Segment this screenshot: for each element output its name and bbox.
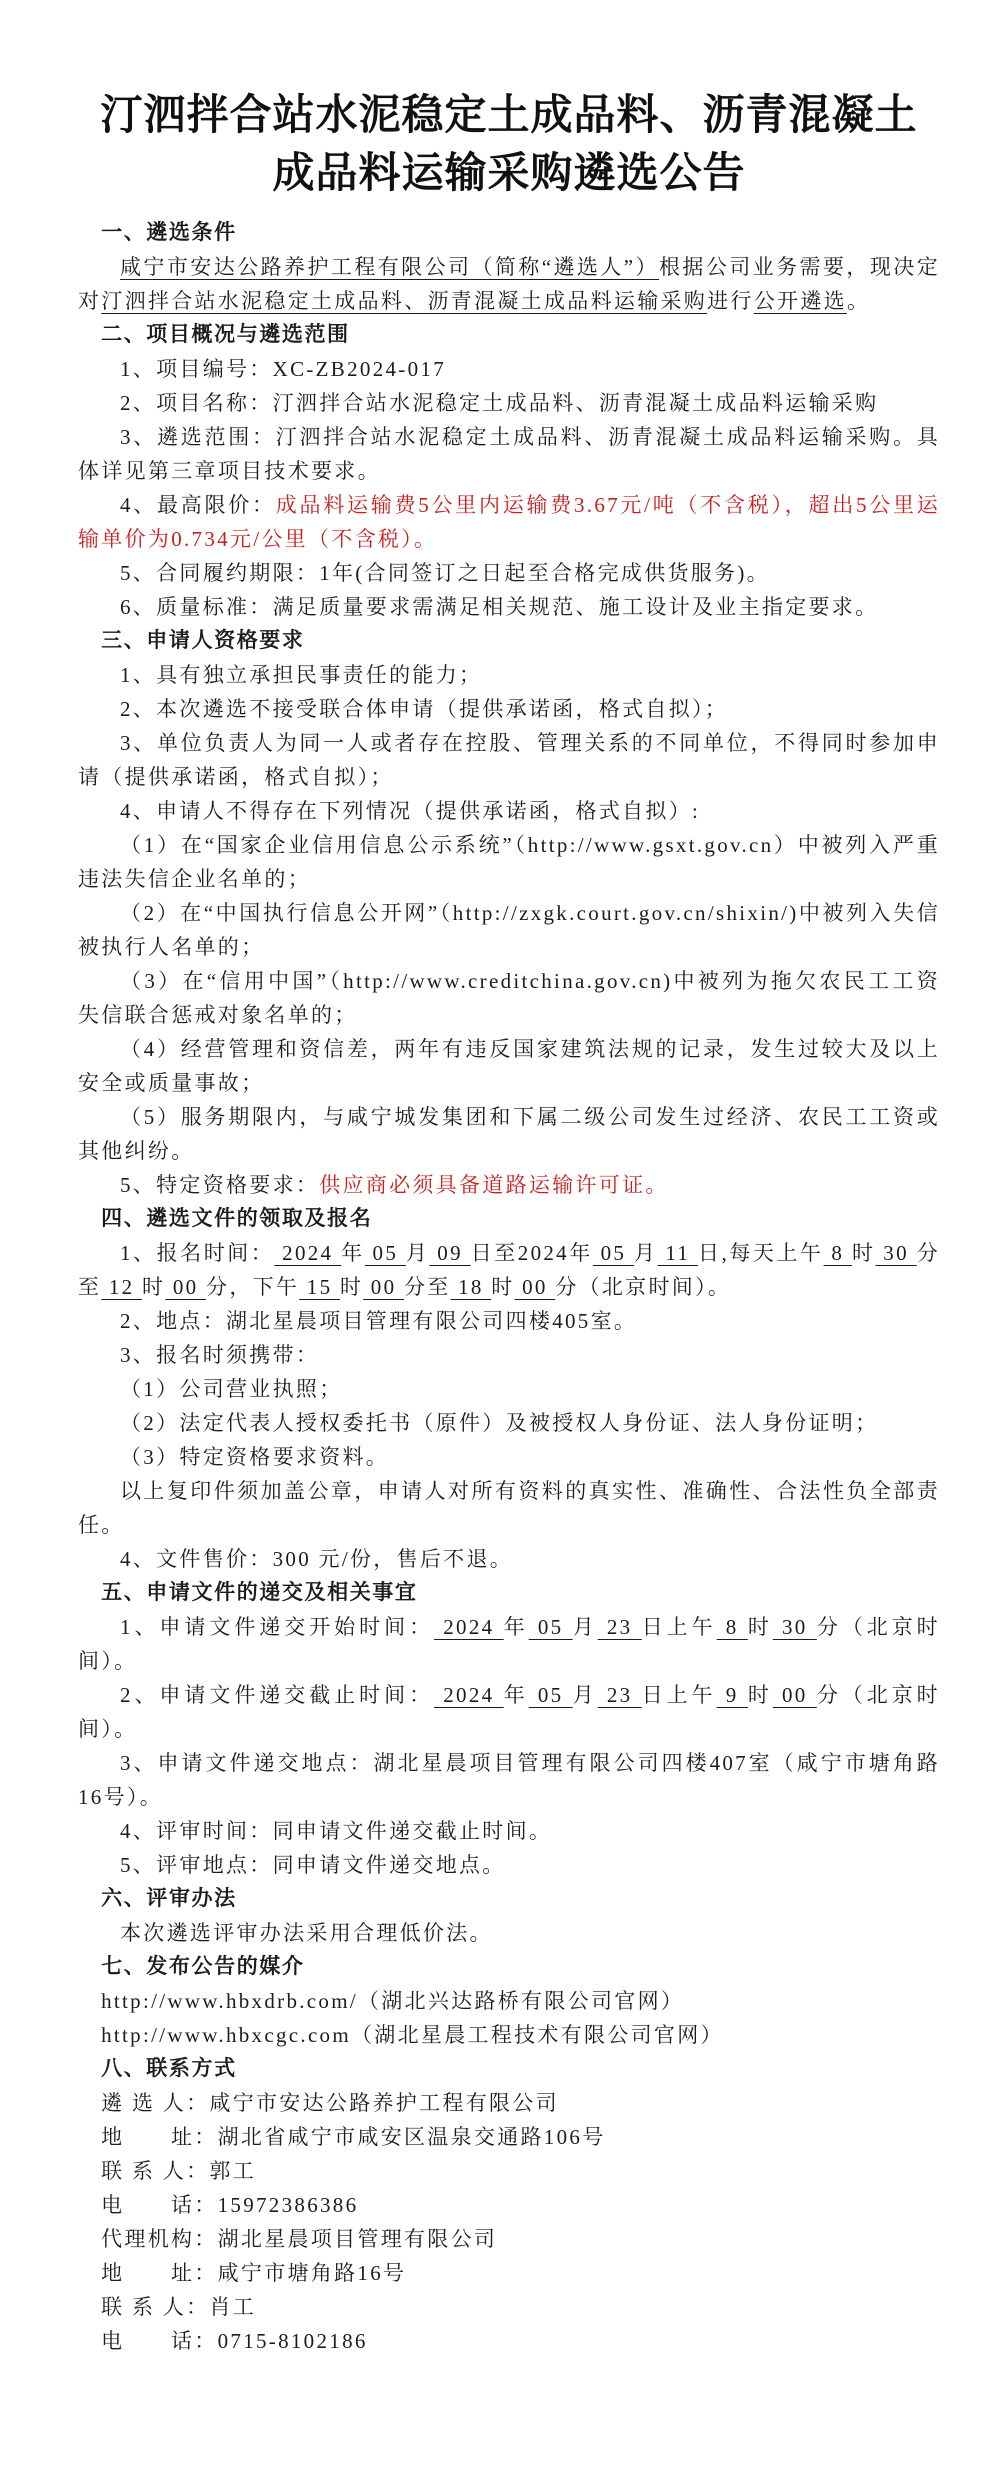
paragraph: （3）在“信用中国”（http://www.creditchina.gov.cn… — [78, 964, 940, 1032]
text-run: http://www.hbxdrb.com/（湖北兴达路桥有限公司官网） — [101, 1989, 684, 2013]
contact-line: 联 系 人：郭工 — [78, 2154, 940, 2188]
text-run: 年 — [504, 1615, 529, 1639]
text-run: （1）公司营业执照； — [120, 1377, 343, 1401]
text-run: 遴 选 人：咸宁市安达公路养护工程有限公司 — [101, 2091, 559, 2115]
underlined-text: 05 — [529, 1615, 573, 1639]
text-run: （2）法定代表人授权委托书（原件）及被授权人身份证、法人身份证明； — [120, 1411, 878, 1435]
text-run: 七、发布公告的媒介 — [101, 1955, 304, 1978]
text-run: http://www.hbxcgc.com（湖北星晨工程技术有限公司官网） — [101, 2023, 724, 2047]
text-run: 日,每天上午 — [698, 1241, 824, 1265]
paragraph: （2）法定代表人授权委托书（原件）及被授权人身份证、法人身份证明； — [78, 1406, 940, 1440]
paragraph: 2、本次遴选不接受联合体申请（提供承诺函，格式自拟）； — [78, 692, 940, 726]
text-run: 4、评审时间：同申请文件递交截止时间。 — [120, 1819, 552, 1843]
text-run: 时 — [748, 1683, 773, 1707]
underlined-text: 30 — [773, 1615, 817, 1639]
underlined-text: 18 — [451, 1275, 492, 1299]
text-run: 4、文件售价：300 元/份，售后不退。 — [120, 1547, 513, 1571]
text-run: 时 — [340, 1275, 363, 1299]
underlined-text: 09 — [429, 1241, 470, 1265]
underlined-text: 15 — [299, 1275, 340, 1299]
paragraph: 5、合同履约期限：1年(合同签订之日起至合格完成供货服务)。 — [78, 556, 940, 590]
text-run: 日至2024年 — [471, 1241, 593, 1265]
text-run: 时 — [491, 1275, 514, 1299]
text-run: （3）在“信用中国”（http://www.creditchina.gov.cn… — [78, 969, 940, 1027]
text-run: 年 — [504, 1683, 529, 1707]
underlined-text: 05 — [529, 1683, 573, 1707]
paragraph: 3、遴选范围：汀泗拌合站水泥稳定土成品料、沥青混凝土成品料运输采购。具体详见第三… — [78, 420, 940, 488]
text-run: 三、申请人资格要求 — [101, 629, 304, 652]
text-run: 年 — [341, 1241, 365, 1265]
text-run: 3、申请文件递交地点：湖北星晨项目管理有限公司四楼407室（咸宁市塘角路16号）… — [78, 1751, 940, 1809]
paragraph: 5、特定资格要求：供应商必须具备道路运输许可证。 — [78, 1168, 940, 1202]
text-run: 四、遴选文件的领取及报名 — [101, 1207, 372, 1230]
section-heading: 四、遴选文件的领取及报名 — [78, 1202, 940, 1236]
underlined-text: 8 — [824, 1241, 852, 1265]
paragraph: （5）服务期限内，与咸宁城发集团和下属二级公司发生过经济、农民工工资或其他纠纷。 — [78, 1100, 940, 1168]
paragraph: （2）在“中国执行信息公开网”（http://zxgk.court.gov.cn… — [78, 896, 940, 964]
underlined-text: 05 — [365, 1241, 406, 1265]
text-run: 4、最高限价： — [120, 493, 276, 517]
text-run: 2、地点：湖北星晨项目管理有限公司四楼405室。 — [120, 1309, 637, 1333]
underlined-text: 2024 — [434, 1683, 504, 1707]
text-run: 6、质量标准：满足质量要求需满足相关规范、施工设计及业主指定要求。 — [120, 595, 878, 619]
text-run: 月 — [573, 1615, 598, 1639]
section-heading: 八、联系方式 — [78, 2052, 940, 2086]
text-run: 一、遴选条件 — [101, 221, 237, 244]
paragraph: 5、评审地点：同申请文件递交地点。 — [78, 1848, 940, 1882]
contact-line: 代理机构：湖北星晨项目管理有限公司 — [78, 2222, 940, 2256]
underlined-text: 00 — [515, 1275, 556, 1299]
text-run: 4、申请人不得存在下列情况（提供承诺函，格式自拟）: — [120, 799, 700, 823]
section-heading: 二、项目概况与遴选范围 — [78, 318, 940, 352]
text-run: 3、单位负责人为同一人或者存在控股、管理关系的不同单位，不得同时参加申请（提供承… — [78, 731, 940, 789]
paragraph: 3、单位负责人为同一人或者存在控股、管理关系的不同单位，不得同时参加申请（提供承… — [78, 726, 940, 794]
section-heading: 七、发布公告的媒介 — [78, 1950, 940, 1984]
section-heading: 三、申请人资格要求 — [78, 624, 940, 658]
underlined-text: 公开遴选 — [754, 289, 847, 313]
text-run: 3、遴选范围：汀泗拌合站水泥稳定土成品料、沥青混凝土成品料运输采购。具体详见第三… — [78, 425, 940, 483]
underlined-text: 8 — [717, 1615, 748, 1639]
text-run: （1）在“国家企业信用信息公示系统”（http://www.gsxt.gov.c… — [78, 833, 940, 891]
text-run: 二、项目概况与遴选范围 — [101, 323, 350, 346]
underlined-text: 05 — [593, 1241, 634, 1265]
underlined-text: 00 — [773, 1683, 817, 1707]
text-run: 地 址：湖北省咸宁市咸安区温泉交通路106号 — [101, 2125, 605, 2149]
text-run: 5、评审地点：同申请文件递交地点。 — [120, 1853, 506, 1877]
text-run: 1、项目编号：XC-ZB2024-017 — [120, 357, 446, 381]
document-body: 一、遴选条件咸宁市安达公路养护工程有限公司（简称“遴选人”）根据公司业务需要，现… — [78, 216, 940, 2358]
text-run: 电 话：15972386386 — [101, 2193, 358, 2217]
underlined-text: 00 — [165, 1275, 206, 1299]
text-run: 联 系 人：肖工 — [101, 2295, 256, 2319]
underlined-text: 11 — [658, 1241, 698, 1265]
underlined-text: 12 — [101, 1275, 142, 1299]
paragraph: 4、评审时间：同申请文件递交截止时间。 — [78, 1814, 940, 1848]
text-run: 六、评审办法 — [101, 1887, 237, 1910]
contact-line: 地 址：咸宁市塘角路16号 — [78, 2256, 940, 2290]
text-run: 3、报名时须携带： — [120, 1343, 319, 1367]
text-run: 5、特定资格要求： — [120, 1173, 319, 1197]
text-run: 进行 — [707, 289, 754, 313]
text-run: 分至 — [404, 1275, 451, 1299]
text-run: 以上复印件须加盖公章，申请人对所有资料的真实性、准确性、合法性负全部责任。 — [78, 1479, 940, 1537]
text-run: 2、申请文件递交截止时间： — [120, 1683, 434, 1707]
text-run: 月 — [406, 1241, 430, 1265]
paragraph: 4、申请人不得存在下列情况（提供承诺函，格式自拟）: — [78, 794, 940, 828]
contact-line: 电 话：15972386386 — [78, 2188, 940, 2222]
paragraph: 1、报名时间： 2024 年 05 月 09 日至2024年 05 月 11 日… — [78, 1236, 940, 1304]
text-run: （2）在“中国执行信息公开网”（http://zxgk.court.gov.cn… — [78, 901, 940, 959]
paragraph: （1）在“国家企业信用信息公示系统”（http://www.gsxt.gov.c… — [78, 828, 940, 896]
media-url: http://www.hbxdrb.com/（湖北兴达路桥有限公司官网） — [78, 1984, 940, 2018]
section-heading: 五、申请文件的递交及相关事宜 — [78, 1576, 940, 1610]
paragraph: 1、申请文件递交开始时间： 2024 年 05 月 23 日上午 8 时 30 … — [78, 1610, 940, 1678]
section-heading: 六、评审办法 — [78, 1882, 940, 1916]
underlined-text: 2024 — [434, 1615, 504, 1639]
text-run: 2、项目名称：汀泗拌合站水泥稳定土成品料、沥青混凝土成品料运输采购 — [120, 391, 878, 415]
paragraph: （4）经营管理和资信差，两年有违反国家建筑法规的记录，发生过较大及以上安全或质量… — [78, 1032, 940, 1100]
underlined-text: 00 — [363, 1275, 404, 1299]
text-run: （5）服务期限内，与咸宁城发集团和下属二级公司发生过经济、农民工工资或其他纠纷。 — [78, 1105, 940, 1163]
contact-line: 电 话：0715-8102186 — [78, 2324, 940, 2358]
text-run: 五、申请文件的递交及相关事宜 — [101, 1581, 417, 1604]
paragraph: 1、具有独立承担民事责任的能力； — [78, 658, 940, 692]
paragraph: 4、文件售价：300 元/份，售后不退。 — [78, 1542, 940, 1576]
text-run: 分（北京时间）。 — [555, 1275, 731, 1299]
underlined-text: 23 — [598, 1683, 642, 1707]
paragraph: 本次遴选评审办法采用合理低价法。 — [78, 1916, 940, 1950]
paragraph: 2、项目名称：汀泗拌合站水泥稳定土成品料、沥青混凝土成品料运输采购 — [78, 386, 940, 420]
text-run: 1、报名时间： — [120, 1241, 274, 1265]
paragraph: （1）公司营业执照； — [78, 1372, 940, 1406]
text-run: 时 — [142, 1275, 165, 1299]
text-run: 时 — [852, 1241, 876, 1265]
contact-line: 遴 选 人：咸宁市安达公路养护工程有限公司 — [78, 2086, 940, 2120]
paragraph: 1、项目编号：XC-ZB2024-017 — [78, 352, 940, 386]
text-run: 月 — [634, 1241, 658, 1265]
paragraph: 咸宁市安达公路养护工程有限公司（简称“遴选人”）根据公司业务需要，现决定对汀泗拌… — [78, 250, 940, 318]
text-run: 地 址：咸宁市塘角路16号 — [101, 2261, 406, 2285]
contact-line: 地 址：湖北省咸宁市咸安区温泉交通路106号 — [78, 2120, 940, 2154]
text-run: 日上午 — [642, 1615, 717, 1639]
underlined-text: 咸宁市安达公路养护工程有限公司（简称“遴选人”） — [120, 255, 659, 279]
text-run: 。 — [847, 289, 870, 313]
document-page: 汀泗拌合站水泥稳定土成品料、沥青混凝土成品料运输采购遴选公告 一、遴选条件咸宁市… — [0, 0, 1000, 2466]
paragraph: 4、最高限价：成品料运输费5公里内运输费3.67元/吨（不含税），超出5公里运输… — [78, 488, 940, 556]
text-run: 2、本次遴选不接受联合体申请（提供承诺函，格式自拟）； — [120, 697, 728, 721]
paragraph: 3、申请文件递交地点：湖北星晨项目管理有限公司四楼407室（咸宁市塘角路16号）… — [78, 1746, 940, 1814]
paragraph: 2、地点：湖北星晨项目管理有限公司四楼405室。 — [78, 1304, 940, 1338]
underlined-text: 30 — [876, 1241, 917, 1265]
text-run: 代理机构：湖北星晨项目管理有限公司 — [101, 2227, 497, 2251]
document-title: 汀泗拌合站水泥稳定土成品料、沥青混凝土成品料运输采购遴选公告 — [89, 86, 929, 202]
text-run: 联 系 人：郭工 — [101, 2159, 256, 2183]
text-run: 日上午 — [642, 1683, 717, 1707]
text-run: 5、合同履约期限：1年(合同签订之日起至合格完成供货服务)。 — [120, 561, 770, 585]
text-run: 1、具有独立承担民事责任的能力； — [120, 663, 482, 687]
text-run: （4）经营管理和资信差，两年有违反国家建筑法规的记录，发生过较大及以上安全或质量… — [78, 1037, 940, 1095]
paragraph: 以上复印件须加盖公章，申请人对所有资料的真实性、准确性、合法性负全部责任。 — [78, 1474, 940, 1542]
section-heading: 一、遴选条件 — [78, 216, 940, 250]
text-run: 分，下午 — [206, 1275, 299, 1299]
underlined-text: 汀泗拌合站水泥稳定土成品料、沥青混凝土成品料运输采购 — [101, 289, 707, 313]
text-run: 1、申请文件递交开始时间： — [120, 1615, 434, 1639]
text-run: 八、联系方式 — [101, 2057, 237, 2080]
underlined-text: 23 — [598, 1615, 642, 1639]
text-run: 本次遴选评审办法采用合理低价法。 — [120, 1921, 493, 1945]
underlined-text: 9 — [717, 1683, 748, 1707]
paragraph: 3、报名时须携带： — [78, 1338, 940, 1372]
paragraph: （3）特定资格要求资料。 — [78, 1440, 940, 1474]
text-run: 时 — [748, 1615, 773, 1639]
media-url: http://www.hbxcgc.com（湖北星晨工程技术有限公司官网） — [78, 2018, 940, 2052]
paragraph: 2、申请文件递交截止时间： 2024 年 05 月 23 日上午 9 时 00 … — [78, 1678, 940, 1746]
paragraph: 6、质量标准：满足质量要求需满足相关规范、施工设计及业主指定要求。 — [78, 590, 940, 624]
underlined-text: 2024 — [274, 1241, 341, 1265]
red-highlight-text: 供应商必须具备道路运输许可证。 — [319, 1173, 669, 1197]
contact-line: 联 系 人：肖工 — [78, 2290, 940, 2324]
text-run: 电 话：0715-8102186 — [101, 2329, 368, 2353]
text-run: （3）特定资格要求资料。 — [120, 1445, 389, 1469]
text-run: 月 — [573, 1683, 598, 1707]
